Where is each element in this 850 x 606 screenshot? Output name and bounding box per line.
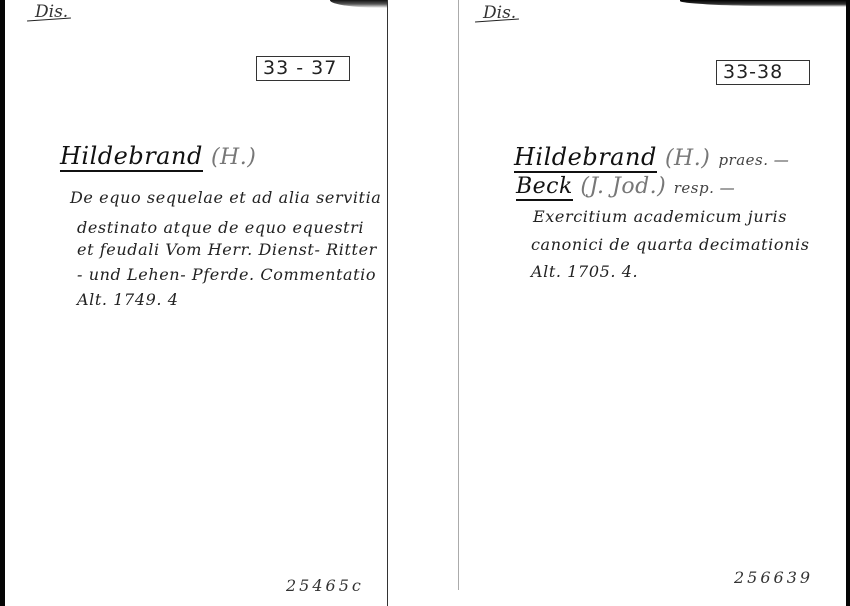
accession-number: 25465c: [286, 576, 364, 595]
imprint-line: Alt. 1749. 4: [77, 290, 179, 309]
title-line: destinato atque de equo equestri: [77, 218, 364, 237]
respondent-initial: (J. Jod.): [580, 174, 666, 199]
shelfmark-box: 33 - 37: [256, 56, 350, 81]
catalog-card-left: Dis. 33 - 37 Hildebrand (H.) De equo seq…: [5, 0, 387, 606]
author-name: Hildebrand: [514, 143, 657, 173]
title-line: - und Lehen- Pferde. Commentatio: [77, 265, 376, 284]
author-role: praes. —: [718, 151, 789, 169]
respondent-name: Beck: [516, 174, 573, 201]
respondent-heading: Beck (J. Jod.) resp. —: [516, 174, 735, 199]
card-mark: Dis.: [35, 2, 68, 22]
accession-number: 256639: [734, 568, 813, 587]
card-mark: Dis.: [483, 3, 516, 23]
title-line: De equo sequelae et ad alia servitia: [70, 188, 381, 207]
author-heading: Hildebrand (H.) praes. —: [514, 143, 789, 171]
title-line: et feudali Vom Herr. Dienst- Ritter: [77, 240, 377, 259]
title-line: Exercitium academicum juris: [533, 207, 787, 226]
card-divider-left: [387, 0, 388, 606]
catalog-card-right: Dis. 33-38 Hildebrand (H.) praes. — Beck…: [459, 0, 845, 606]
respondent-role: resp. —: [674, 179, 735, 197]
title-line: canonici de quarta decimationis: [531, 235, 810, 254]
author-name: Hildebrand: [60, 142, 203, 172]
author-initial: (H.): [211, 145, 256, 170]
shelfmark-box: 33-38: [716, 60, 810, 85]
author-initial: (H.): [665, 146, 710, 171]
scanned-page: Dis. 33 - 37 Hildebrand (H.) De equo seq…: [0, 0, 850, 606]
author-heading: Hildebrand (H.): [60, 142, 256, 170]
imprint-line: Alt. 1705. 4.: [531, 262, 638, 281]
scan-edge-right: [846, 0, 850, 606]
